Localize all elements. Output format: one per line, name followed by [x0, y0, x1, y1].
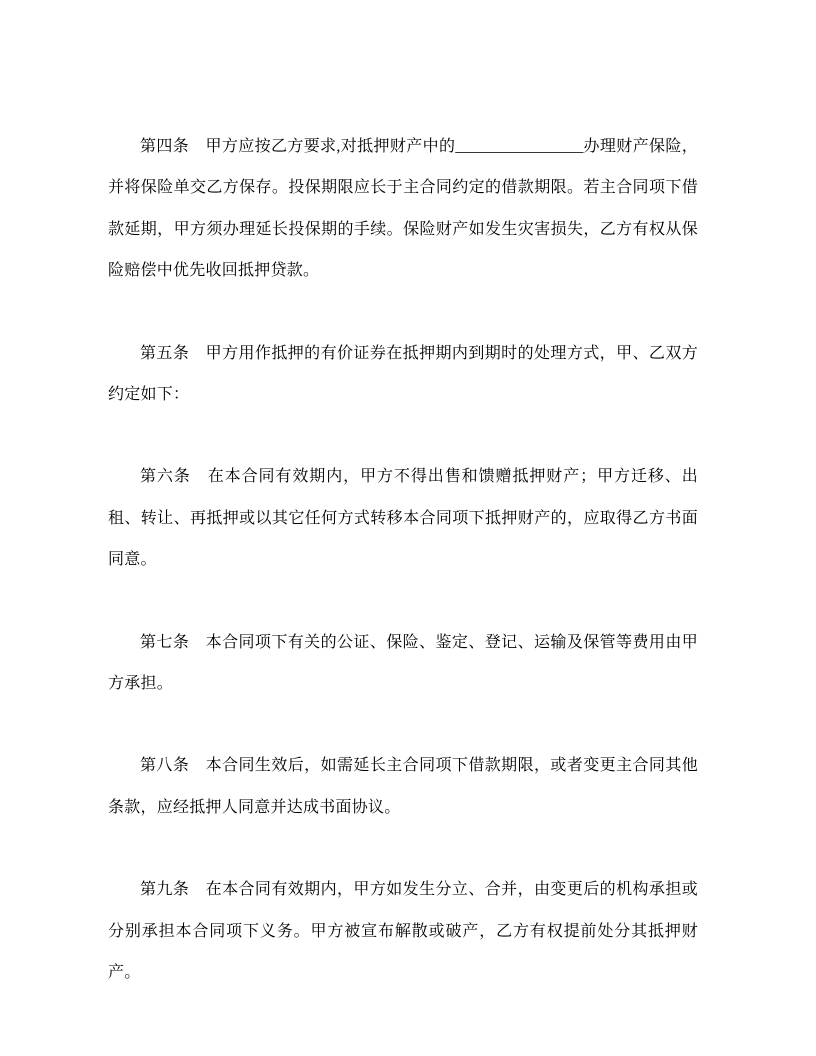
clause-8-text: 第八条 本合同生效后，如需延长主合同项下借款期限，或者变更主合同其他条款，应经抵…: [108, 757, 698, 815]
clause-6-paragraph: 第六条 在本合同有效期内，甲方不得出售和馈赠抵押财产；甲方迁移、出租、转让、再抵…: [108, 456, 698, 580]
contract-document-page: 第四条 甲方应按乙方要求,对抵押财产中的________________办理财产…: [0, 0, 816, 1056]
clause-6-text: 第六条 在本合同有效期内，甲方不得出售和馈赠抵押财产；甲方迁移、出租、转让、再抵…: [108, 468, 698, 568]
clause-8-paragraph: 第八条 本合同生效后，如需延长主合同项下借款期限，或者变更主合同其他条款，应经抵…: [108, 745, 698, 828]
clause-4-text-before-blank: 第四条 甲方应按乙方要求,对抵押财产中的: [140, 138, 455, 155]
fill-in-blank: ________________: [455, 138, 583, 155]
clause-7-paragraph: 第七条 本合同项下有关的公证、保险、鉴定、登记、运输及保管等费用由甲方承担。: [108, 622, 698, 705]
clause-9-text: 第九条 在本合同有效期内，甲方如发生分立、合并，由变更后的机构承担或分别承担本合…: [108, 881, 698, 981]
clause-9-paragraph: 第九条 在本合同有效期内，甲方如发生分立、合并，由变更后的机构承担或分别承担本合…: [108, 869, 698, 993]
clause-7-text: 第七条 本合同项下有关的公证、保险、鉴定、登记、运输及保管等费用由甲方承担。: [108, 634, 698, 692]
clause-4-paragraph: 第四条 甲方应按乙方要求,对抵押财产中的________________办理财产…: [108, 126, 698, 292]
clause-4-text-after-blank: 办理财产保险，并将保险单交乙方保存。投保期限应长于主合同约定的借款期限。若主合同…: [108, 138, 698, 279]
clause-5-paragraph: 第五条 甲方用作抵押的有价证券在抵押期内到期时的处理方式，甲、乙双方约定如下：: [108, 333, 698, 416]
clause-5-text: 第五条 甲方用作抵押的有价证券在抵押期内到期时的处理方式，甲、乙双方约定如下：: [108, 345, 698, 403]
